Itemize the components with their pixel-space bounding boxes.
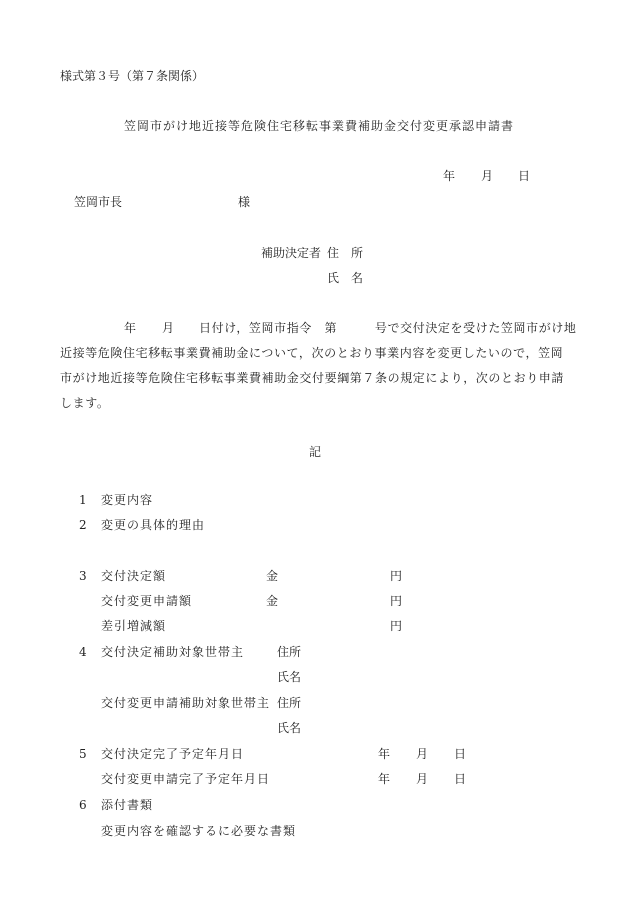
addressee-honorific: 様 xyxy=(238,196,250,208)
attachment-description: 変更内容を確認するに必要な書類 xyxy=(101,825,296,837)
item-number: 4 xyxy=(79,646,87,658)
completion-month-label: 月 xyxy=(416,773,428,785)
amount-unit: 円 xyxy=(390,570,402,582)
body-line-2: 近接等危険住宅移転事業費補助金について，次のとおり事業内容を変更したいので，笠岡 xyxy=(60,347,563,359)
householder-address-label: 住所 xyxy=(277,646,301,658)
body-month-label: 月 xyxy=(162,322,174,334)
householder-address-label: 住所 xyxy=(277,697,301,709)
addressee-name: 笠岡市長 xyxy=(74,196,122,208)
householder-row-label: 交付変更申請補助対象世帯主 xyxy=(101,697,270,709)
completion-month-label: 月 xyxy=(416,748,428,760)
date-day-label: 日 xyxy=(518,170,530,182)
body-year-label: 年 xyxy=(124,322,136,334)
item-number: 6 xyxy=(79,799,87,811)
form-number: 様式第３号（第７条関係） xyxy=(60,70,204,82)
amount-row-label: 差引増減額 xyxy=(101,620,166,632)
body-line-3: 市がけ地近接等危険住宅移転事業費補助金交付要綱第７条の規定により，次のとおり申請 xyxy=(60,372,564,384)
householder-name-label: 氏名 xyxy=(277,722,301,734)
amount-unit: 円 xyxy=(390,595,402,607)
amount-prefix: 金 xyxy=(266,595,278,607)
completion-row-label: 交付変更申請完了予定年月日 xyxy=(101,773,270,785)
completion-year-label: 年 xyxy=(378,748,390,760)
completion-year-label: 年 xyxy=(378,773,390,785)
ki-heading: 記 xyxy=(309,446,321,458)
amount-row-label: 交付変更申請額 xyxy=(101,595,192,607)
item-number: 1 xyxy=(79,494,87,506)
item-label: 添付書類 xyxy=(101,799,153,811)
completion-day-label: 日 xyxy=(454,748,466,760)
item-label: 変更の具体的理由 xyxy=(101,519,205,531)
householder-row-label: 交付決定補助対象世帯主 xyxy=(101,646,244,658)
date-year-label: 年 xyxy=(443,170,455,182)
item-number: 3 xyxy=(79,570,87,582)
amount-unit: 円 xyxy=(390,620,402,632)
amount-prefix: 金 xyxy=(266,570,278,582)
date-month-label: 月 xyxy=(481,170,493,182)
applicant-label: 補助決定者 xyxy=(261,247,321,259)
completion-day-label: 日 xyxy=(454,773,466,785)
item-number: 2 xyxy=(79,519,87,531)
applicant-address-label: 住 所 xyxy=(327,247,363,259)
amount-row-label: 交付決定額 xyxy=(101,570,166,582)
item-number: 5 xyxy=(79,748,87,760)
body-line-1: 日付け，笠岡市指令 第 号で交付決定を受けた笠岡市がけ地 xyxy=(199,322,577,334)
completion-row-label: 交付決定完了予定年月日 xyxy=(101,748,244,760)
document-title: 笠岡市がけ地近接等危険住宅移転事業費補助金交付変更承認申請書 xyxy=(124,120,514,132)
householder-name-label: 氏名 xyxy=(277,671,301,683)
applicant-name-label: 氏 名 xyxy=(327,272,363,284)
item-label: 変更内容 xyxy=(101,494,153,506)
body-line-4: します。 xyxy=(60,397,109,409)
